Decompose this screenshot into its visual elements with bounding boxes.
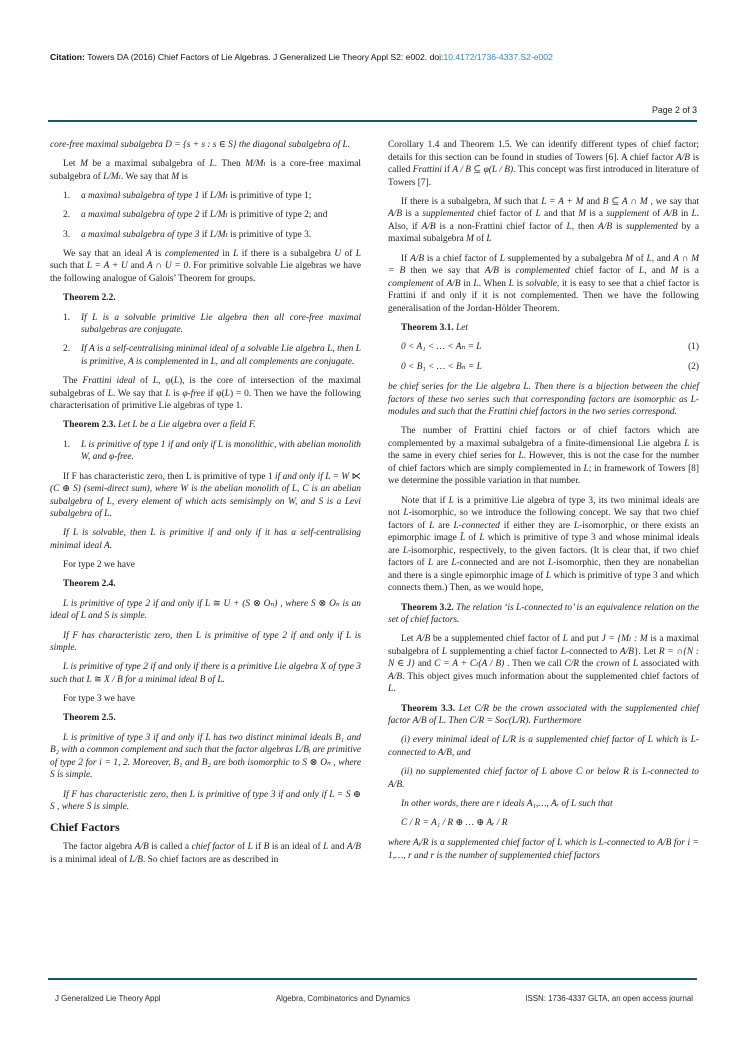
text-run: Theorem 3.3. [401,704,455,714]
text-run: is primitive of type 3. [228,230,311,240]
text-run: chief factor of [570,266,639,276]
paragraph: L is primitive of type 2 if and only if … [50,661,361,686]
text-run: is an ideal of [269,842,323,852]
paragraph: For type 3 we have [50,693,361,706]
text-run: , we say that [648,197,699,207]
text-run: . When [479,279,509,289]
footer-issue-note: Algebra, Combinatorics and Dynamics [276,994,410,1003]
equation: 0 < B₁ < … < Bₙ = L(2) [388,361,699,374]
text-run: L [486,234,491,244]
text-run: of [633,254,646,264]
text-run: if either they are [500,521,574,531]
text-run: crown [596,659,619,669]
paragraph: Let A/B be a supplemented chief factor o… [388,633,699,696]
citation-label: Citation: [50,52,87,62]
paragraph: If there is a subalgebra, M such that L … [388,196,699,246]
left-column: core-free maximal subalgebra D = {s + s … [50,139,361,873]
text-run: , then [572,222,598,232]
text-run: M/Mₗ [245,159,266,169]
text-run: associated with [638,659,699,669]
footer-journal-name: J Generalized Lie Theory Appl [55,994,161,1003]
text-run: a maximal subalgebra of type 2 [81,210,199,220]
doi-link[interactable]: 10.4172/1736-4337.S2-e002 [443,52,552,62]
text-run: in [678,209,692,219]
text-run: are [434,521,453,531]
paragraph: (i) every minimal ideal of L/R is a supp… [388,734,699,759]
text-run: if [442,165,452,175]
text-run: L is primitive of type 1 if and only if … [81,440,361,463]
paragraph: The Frattini ideal of L, φ(L), is the co… [50,375,361,413]
text-run: In other words, there are r ideals A₁,…,… [401,799,613,809]
text-run: then we say that [405,266,485,276]
text-run: Note that if [401,496,449,506]
theorem-heading: Theorem 3.2. The relation ‘is L-connecte… [388,602,699,627]
paragraph: In other words, there are r ideals A₁,…,… [388,798,699,811]
paragraph: (ii) no supplemented chief factor of L a… [388,766,699,791]
text-run: is [612,222,626,232]
text-run: , and [644,266,670,276]
paragraph: where Aᵢ/R is a supplemented chief facto… [388,837,699,862]
text-run: L/Mₗ [210,191,228,201]
text-run: The [63,376,82,386]
text-run: A/B [347,842,361,852]
right-column: Corollary 1.4 and Theorem 1.5. We can id… [388,139,699,873]
text-run: L/Mₗ [210,210,228,220]
list-item: 2.a maximal subalgebra of type 2 if L/Mₗ… [50,209,361,222]
text-run: M [578,209,586,219]
text-run: complemented [165,249,219,259]
text-run: . [393,684,395,694]
text-run: A / B ⊆ φ(L / B) [452,165,513,175]
text-run: if φ( [205,389,225,399]
text-run: is a non-Frattini chief factor of [436,222,567,232]
text-run: is a chief factor of [424,254,500,264]
text-run: . We say that [113,389,165,399]
text-run: are [433,558,451,568]
theorem-heading: Theorem 3.1. Let [388,322,699,335]
text-run: C = A + Cₗ(A / B) [434,659,504,669]
text-run: if [253,842,264,852]
text-run: is called a [149,842,192,852]
text-run: in [461,279,474,289]
paragraph: Note that if L is a primitive Lie algebr… [388,495,699,595]
text-run: A ∩ U = 0 [147,261,188,271]
text-run: If L is a solvable primitive Lie algebra… [81,313,361,336]
text-run: is a [402,209,422,219]
text-run: A/B [676,153,690,163]
text-run: complemented [516,266,570,276]
text-run: Theorem 3.1. [401,323,454,333]
text-run: φ-free [182,389,205,399]
paragraph: For type 2 we have [50,559,361,572]
text-run: A/B [598,222,612,232]
text-run: is [499,266,516,276]
text-run: For type 3 we have [63,694,135,704]
text-run: and put [568,634,602,644]
text-run: is [170,389,182,399]
text-run: is [514,279,526,289]
text-run: L is primitive of type 2 if and only if … [50,662,361,685]
equation-number: (2) [688,361,699,374]
theorem-heading: Theorem 2.4. [50,578,361,591]
equation: 0 < A₁ < … < Aₙ = L(1) [388,341,699,354]
text-run: If [401,254,410,264]
list-number: 1. [63,439,70,452]
list-number: 2. [63,343,70,356]
text-run: Let [401,634,416,644]
paragraph: If F has characteristic zero, then L is … [50,789,361,814]
text-run: J = {Mₗ : M [602,634,648,644]
citation-line: Citation: Towers DA (2016) Chief Factors… [50,52,697,63]
paragraph: Corollary 1.4 and Theorem 1.5. We can id… [388,139,699,189]
content: core-free maximal subalgebra D = {s + s … [50,139,699,873]
paragraph: core-free maximal subalgebra D = {s + s … [50,139,361,152]
text-run: be a supplemented chief factor of [430,634,562,644]
text-run: supplemented by a subalgebra [505,254,625,264]
list-item: 1.a maximal subalgebra of type 1 if L/Mₗ… [50,190,361,203]
text-run: M [670,266,678,276]
text-run: Theorem 3.2. [401,603,454,613]
list-item: 1.L is primitive of type 1 if and only i… [50,439,361,464]
list-item: 1.If L is a solvable primitive Lie algeb… [50,312,361,337]
text-run: For type 2 we have [63,560,135,570]
text-run: C/R [564,659,579,669]
text-run: and [415,659,434,669]
text-run: solvable [526,279,557,289]
text-run: A/B [388,209,402,219]
text-run: (ii) no supplemented chief factor of L a… [388,767,699,790]
text-run: of [465,533,479,543]
text-run: M [625,254,633,264]
section-heading: Chief Factors [50,820,361,834]
text-run: A/B [422,222,436,232]
text-run: supplemented [422,209,474,219]
text-run: and [584,197,603,207]
text-run: supplement [606,209,649,219]
text-run: The number of Frattini chief factors or … [388,426,699,449]
text-run: such that [501,197,541,207]
text-run: -connected and are not [457,558,548,568]
page: Citation: Towers DA (2016) Chief Factors… [0,0,745,1053]
text-run: M [466,234,474,244]
text-run: is primitive of type 1; [228,191,312,201]
paragraph: Let M be a maximal subalgebra of L. Then… [50,158,361,183]
text-run: a maximal subalgebra of type 3 [81,230,199,240]
text-run: Let [63,159,80,169]
text-run: supplemented [626,222,678,232]
citation-text: Towers DA (2016) Chief Factors of Lie Al… [87,52,443,62]
text-run: if [199,230,209,240]
text-run: of [135,376,153,386]
text-run: A/B [410,254,424,264]
text-run: and that [541,209,579,219]
list-number: 1. [63,190,70,203]
text-run: We say that an ideal [63,249,146,259]
text-run: Corollary 1.4 and Theorem 1.5. We can id… [388,140,699,163]
text-run: chief factor of [474,209,536,219]
text-run: core-free maximal subalgebra D = {s + s … [50,140,350,150]
text-run: L [356,249,361,259]
text-run: be chief series for the Lie algebra L. T… [388,382,699,417]
text-run: Theorem 2.5. [63,713,116,723]
text-run: 0 < A₁ < … < Aₙ = L [401,342,481,352]
text-run: L/Mₗ [210,230,228,240]
text-run: where Aᵢ/R is a supplemented chief facto… [388,838,699,861]
text-run: A/B [388,672,402,682]
equation-number: (1) [688,341,699,354]
text-run: A/B [447,279,461,289]
paragraph: We say that an ideal A is complemented i… [50,248,361,286]
text-run: if [199,191,209,201]
paragraph: The factor algebra A/B is called a chief… [50,841,361,866]
equation: C / R = A₁ / R ⊕ … ⊕ Aᵣ / R [388,817,699,830]
text-run: be a maximal subalgebra of [88,159,210,169]
text-run: of [433,279,446,289]
text-run: Theorem 2.3. [63,420,116,430]
text-run: A/B [135,842,149,852]
text-run: If F has characteristic zero, then L is … [63,472,275,482]
list-item: 3.a maximal subalgebra of type 3 if L/Mₗ… [50,229,361,242]
paragraph: The number of Frattini chief factors or … [388,425,699,488]
text-run: . This object gives much information abo… [402,672,699,682]
text-run: complement [388,279,433,289]
text-run: a maximal subalgebra of type 1 [81,191,199,201]
text-run: . We say that [121,172,171,182]
paragraph: be chief series for the Lie algebra L. T… [388,381,699,419]
text-run: supplementing a chief factor [447,647,561,657]
text-run: The factor algebra [63,842,135,852]
text-run: A/B [620,647,634,657]
text-run: . Then [215,159,246,169]
text-run: L is primitive of type 3 if and only if … [50,733,361,781]
list-number: 3. [63,229,70,242]
text-run: Theorem 2.4. [63,579,116,589]
text-run: M [80,159,88,169]
text-run: if [199,210,209,220]
text-run: L is primitive of type 2 if and only if … [50,599,361,622]
text-run: L-connected [454,521,500,531]
text-run: }. Let [634,647,659,657]
text-run: L/B [129,855,143,865]
footer-issn: ISSN: 1736-4337 GLTA, an open access jou… [525,994,693,1003]
paragraph: If F has characteristic zero, then L is … [50,471,361,521]
text-run: L/Mₗ [103,172,121,182]
text-run: C / R = A₁ / R ⊕ … ⊕ Aᵣ / R [401,818,507,828]
text-run: L = A + U [87,261,128,271]
text-run: Let [454,323,468,333]
text-run: , φ( [158,376,174,386]
text-run: of [341,249,356,259]
text-run: Frattini [413,165,442,175]
text-run: If F has characteristic zero, then L is … [50,790,361,813]
paragraph: L is primitive of type 3 if and only if … [50,732,361,782]
text-run: B ⊆ A ∩ M [603,197,648,207]
text-run: A/B [416,634,430,644]
footer: J Generalized Lie Theory Appl Algebra, C… [55,994,693,1003]
text-run: if there is a subalgebra [238,249,334,259]
text-run: If L is solvable, then L is primitive if… [50,528,361,551]
text-run: L = A + M [541,197,583,207]
text-run: of [619,659,633,669]
text-run: Frattini ideal [82,376,135,386]
theorem-heading: Theorem 2.2. [50,292,361,305]
text-run: is a [586,209,606,219]
text-run: If F has characteristic zero, then L is … [50,631,361,654]
text-run: the [579,659,596,669]
text-run: is [179,172,188,182]
text-run: of [649,209,663,219]
header-rule [48,120,697,122]
text-run: . Then we call [504,659,564,669]
text-run: Let L be a Lie algebra over a field F. [116,420,256,430]
text-run: such that [50,261,87,271]
theorem-heading: Theorem 2.3. Let L be a Lie algebra over… [50,419,361,432]
text-run: . So chief factors are as described in [143,855,278,865]
list-number: 1. [63,312,70,325]
paragraph: L is primitive of type 2 if and only if … [50,598,361,623]
text-run: Theorem 2.2. [63,293,116,303]
text-run: is a minimal ideal of [50,855,129,865]
paragraph: If L is solvable, then L is primitive if… [50,527,361,552]
paragraph: If A/B is a chief factor of L supplement… [388,253,699,316]
text-run: in [219,249,233,259]
list-number: 2. [63,209,70,222]
text-run: is primitive of type 2; and [228,210,327,220]
text-run: is [152,249,165,259]
list-item: 2.If A is a self-centralising minimal id… [50,343,361,368]
text-run: and [328,842,347,852]
paragraph: If F has characteristic zero, then L is … [50,630,361,655]
text-run: A/B [485,266,499,276]
text-run: (i) every minimal ideal of L/R is a supp… [388,735,699,758]
text-run: of [474,234,487,244]
text-run: chief factor [192,842,235,852]
text-run: If A is a self-centralising minimal idea… [81,344,361,367]
text-run: and [128,261,147,271]
text-run: If there is a subalgebra, [401,197,494,207]
text-run: Chief Factors [50,820,120,834]
text-run: -connected to [566,647,620,657]
text-run: 0 < B₁ < … < Bₙ = L [401,362,482,372]
theorem-heading: Theorem 2.5. [50,712,361,725]
theorem-heading: Theorem 3.3. Let C/R be the crown associ… [388,703,699,728]
text-run: , and [652,254,674,264]
footer-rule [48,978,697,980]
page-indicator: Page 2 of 3 [652,105,697,115]
text-run: of [235,842,248,852]
text-run: A/B [663,209,677,219]
text-run: is a [678,266,699,276]
